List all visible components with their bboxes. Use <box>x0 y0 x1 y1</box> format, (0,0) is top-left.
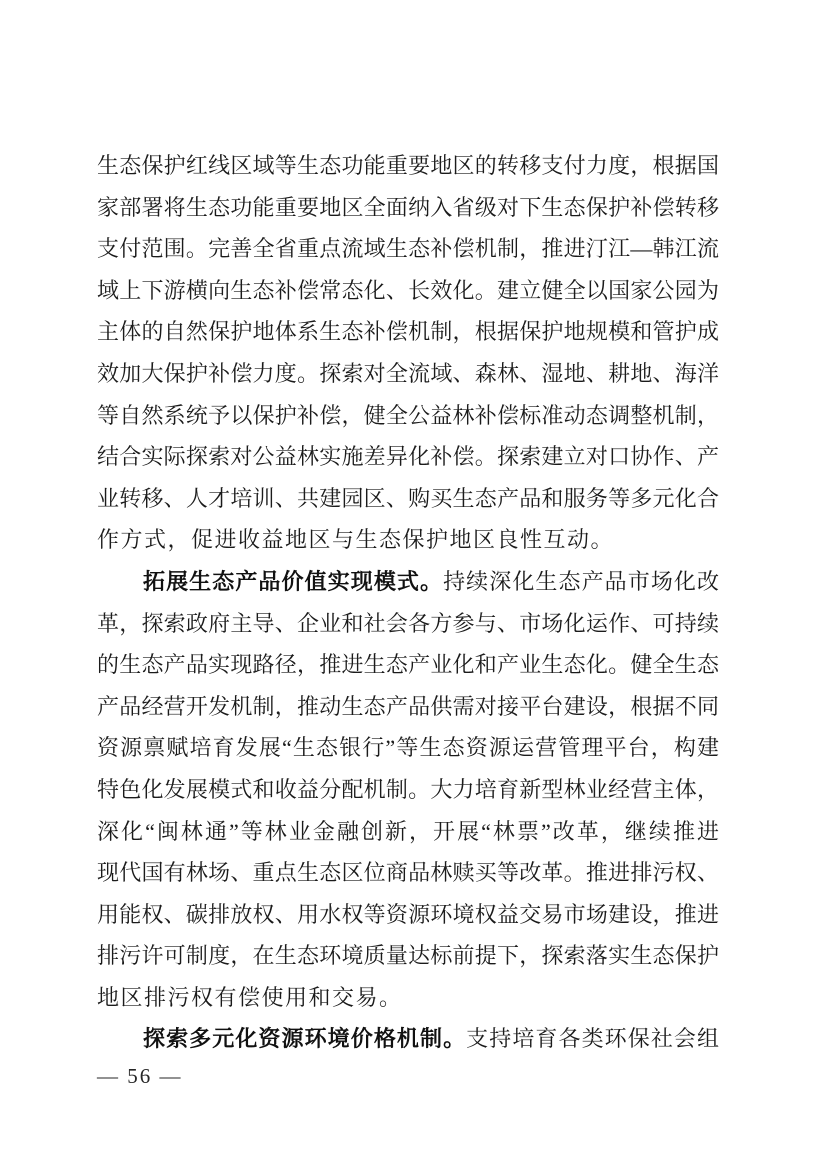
text-run: 结合实际探索对公益林实施差异化补偿。探索建立对口协作、产 <box>97 444 719 469</box>
text-line: 用能权、碳排放权、用水权等资源环境权益交易市场建设，推进 <box>97 894 719 936</box>
text-line: 的生态产品实现路径，推进生态产业化和产业生态化。健全生态 <box>97 644 719 686</box>
page-footer: — 56 — <box>97 1062 183 1090</box>
text-run: 生态保护红线区域等生态功能重要地区的转移支付力度，根据国 <box>97 153 719 178</box>
text-run: 地区排污权有偿使用和交易。 <box>97 985 403 1010</box>
text-line: 业转移、人才培训、共建园区、购买生态产品和服务等多元化合 <box>97 478 719 520</box>
text-line: 资源禀赋培育发展“生态银行”等生态资源运营管理平台，构建 <box>97 727 719 769</box>
document-body: 生态保护红线区域等生态功能重要地区的转移支付力度，根据国家部署将生态功能重要地区… <box>97 145 719 1060</box>
text-run: 特色化发展模式和收益分配机制。大力培育新型林业经营主体， <box>97 777 719 802</box>
text-line: 生态保护红线区域等生态功能重要地区的转移支付力度，根据国 <box>97 145 719 187</box>
text-line: 深化“闽林通”等林业金融创新，开展“林票”改革，继续推进 <box>97 811 719 853</box>
text-line: 拓展生态产品价值实现模式。持续深化生态产品市场化改 <box>97 561 719 603</box>
text-run: 支付范围。完善全省重点流域生态补偿机制，推进汀江—韩江流 <box>97 236 719 261</box>
text-run: 革，探索政府主导、企业和社会各方参与、市场化运作、可持续 <box>97 611 719 636</box>
text-line: 地区排污权有偿使用和交易。 <box>97 977 719 1019</box>
text-line: 结合实际探索对公益林实施差异化补偿。探索建立对口协作、产 <box>97 436 719 478</box>
text-run: 家部署将生态功能重要地区全面纳入省级对下生态保护补偿转移 <box>97 195 719 220</box>
text-run: 的生态产品实现路径，推进生态产业化和产业生态化。健全生态 <box>97 652 719 677</box>
text-run: 支持培育各类环保社会组 <box>466 1026 719 1051</box>
text-run: 现代国有林场、重点生态区位商品林赎买等改革。推进排污权、 <box>97 860 719 885</box>
text-line: 效加大保护补偿力度。探索对全流域、森林、湿地、耕地、海洋 <box>97 353 719 395</box>
text-run: 等自然系统予以保护补偿，健全公益林补偿标准动态调整机制， <box>97 403 719 428</box>
paragraph-lead: 拓展生态产品价值实现模式。 <box>143 569 443 594</box>
paragraph-lead: 探索多元化资源环境价格机制。 <box>143 1026 466 1051</box>
text-line: 革，探索政府主导、企业和社会各方参与、市场化运作、可持续 <box>97 603 719 645</box>
text-run: 业转移、人才培训、共建园区、购买生态产品和服务等多元化合 <box>97 486 719 511</box>
text-line: 作方式，促进收益地区与生态保护地区良性互动。 <box>97 519 719 561</box>
text-line: 主体的自然保护地体系生态补偿机制，根据保护地规模和管护成 <box>97 311 719 353</box>
text-run: 产品经营开发机制，推动生态产品供需对接平台建设，根据不同 <box>97 694 719 719</box>
text-run: 主体的自然保护地体系生态补偿机制，根据保护地规模和管护成 <box>97 319 719 344</box>
text-line: 排污许可制度，在生态环境质量达标前提下，探索落实生态保护 <box>97 935 719 977</box>
text-run: 资源禀赋培育发展“生态银行”等生态资源运营管理平台，构建 <box>97 735 719 760</box>
text-line: 产品经营开发机制，推动生态产品供需对接平台建设，根据不同 <box>97 686 719 728</box>
text-line: 域上下游横向生态补偿常态化、长效化。建立健全以国家公园为 <box>97 270 719 312</box>
text-line: 家部署将生态功能重要地区全面纳入省级对下生态保护补偿转移 <box>97 187 719 229</box>
text-line: 探索多元化资源环境价格机制。支持培育各类环保社会组 <box>97 1018 719 1060</box>
text-run: 作方式，促进收益地区与生态保护地区良性互动。 <box>97 527 614 552</box>
text-run: 效加大保护补偿力度。探索对全流域、森林、湿地、耕地、海洋 <box>97 361 719 386</box>
page-number: — 56 — <box>97 1064 183 1088</box>
text-line: 支付范围。完善全省重点流域生态补偿机制，推进汀江—韩江流 <box>97 228 719 270</box>
text-run: 用能权、碳排放权、用水权等资源环境权益交易市场建设，推进 <box>97 902 719 927</box>
text-run: 深化“闽林通”等林业金融创新，开展“林票”改革，继续推进 <box>97 819 719 844</box>
text-run: 持续深化生态产品市场化改 <box>443 569 719 594</box>
document-page: 生态保护红线区域等生态功能重要地区的转移支付力度，根据国家部署将生态功能重要地区… <box>0 0 826 1169</box>
text-line: 等自然系统予以保护补偿，健全公益林补偿标准动态调整机制， <box>97 395 719 437</box>
text-run: 排污许可制度，在生态环境质量达标前提下，探索落实生态保护 <box>97 943 719 968</box>
text-line: 特色化发展模式和收益分配机制。大力培育新型林业经营主体， <box>97 769 719 811</box>
text-line: 现代国有林场、重点生态区位商品林赎买等改革。推进排污权、 <box>97 852 719 894</box>
text-run: 域上下游横向生态补偿常态化、长效化。建立健全以国家公园为 <box>97 278 719 303</box>
